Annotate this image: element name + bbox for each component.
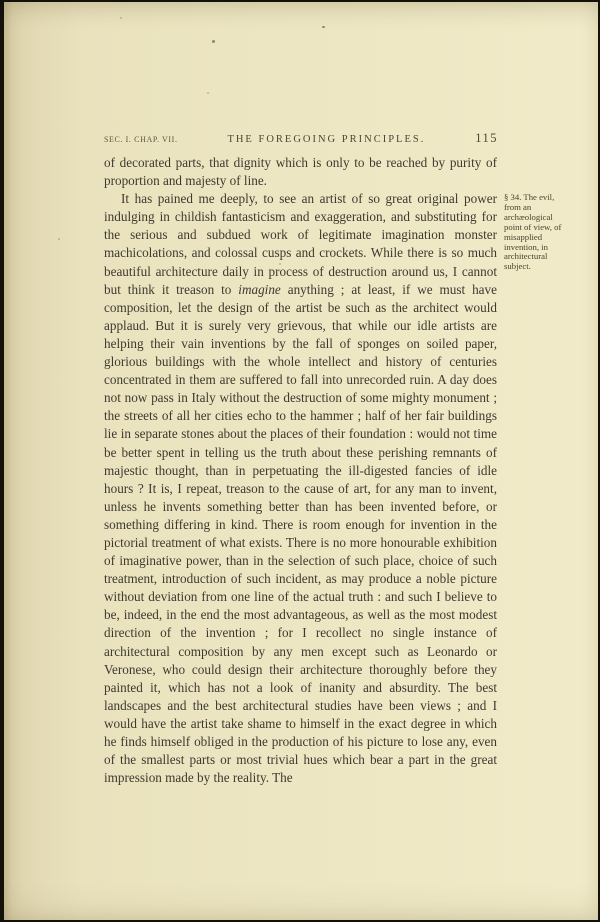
page-number: 115 <box>475 131 498 146</box>
paragraph-continuation: of decorated parts, that dignity which i… <box>104 154 497 190</box>
paper-speck <box>322 26 325 28</box>
running-title: THE FOREGOING PRINCIPLES. <box>178 134 476 145</box>
margin-note: § 34. The evil, from an archæological po… <box>504 193 572 272</box>
paragraph-34: It has pained me deeply, to see an artis… <box>104 190 497 787</box>
paper-speck <box>272 292 274 294</box>
scanned-book-page: SEC. I. CHAP. VII. THE FOREGOING PRINCIP… <box>0 0 600 922</box>
paper-speck <box>279 263 281 265</box>
body-text: of decorated parts, that dignity which i… <box>104 154 497 787</box>
paragraph-34-text-after: anything ; at least, if we must have com… <box>104 282 497 786</box>
section-label: SEC. I. CHAP. VII. <box>104 135 178 144</box>
running-head: SEC. I. CHAP. VII. THE FOREGOING PRINCIP… <box>104 131 498 146</box>
paper-speck <box>207 92 209 94</box>
paper-speck <box>212 40 215 43</box>
paper-page: SEC. I. CHAP. VII. THE FOREGOING PRINCIP… <box>4 2 598 920</box>
paragraph-34-italic-word: imagine <box>238 282 281 297</box>
paper-speck <box>120 17 122 19</box>
paper-speck <box>58 238 60 240</box>
